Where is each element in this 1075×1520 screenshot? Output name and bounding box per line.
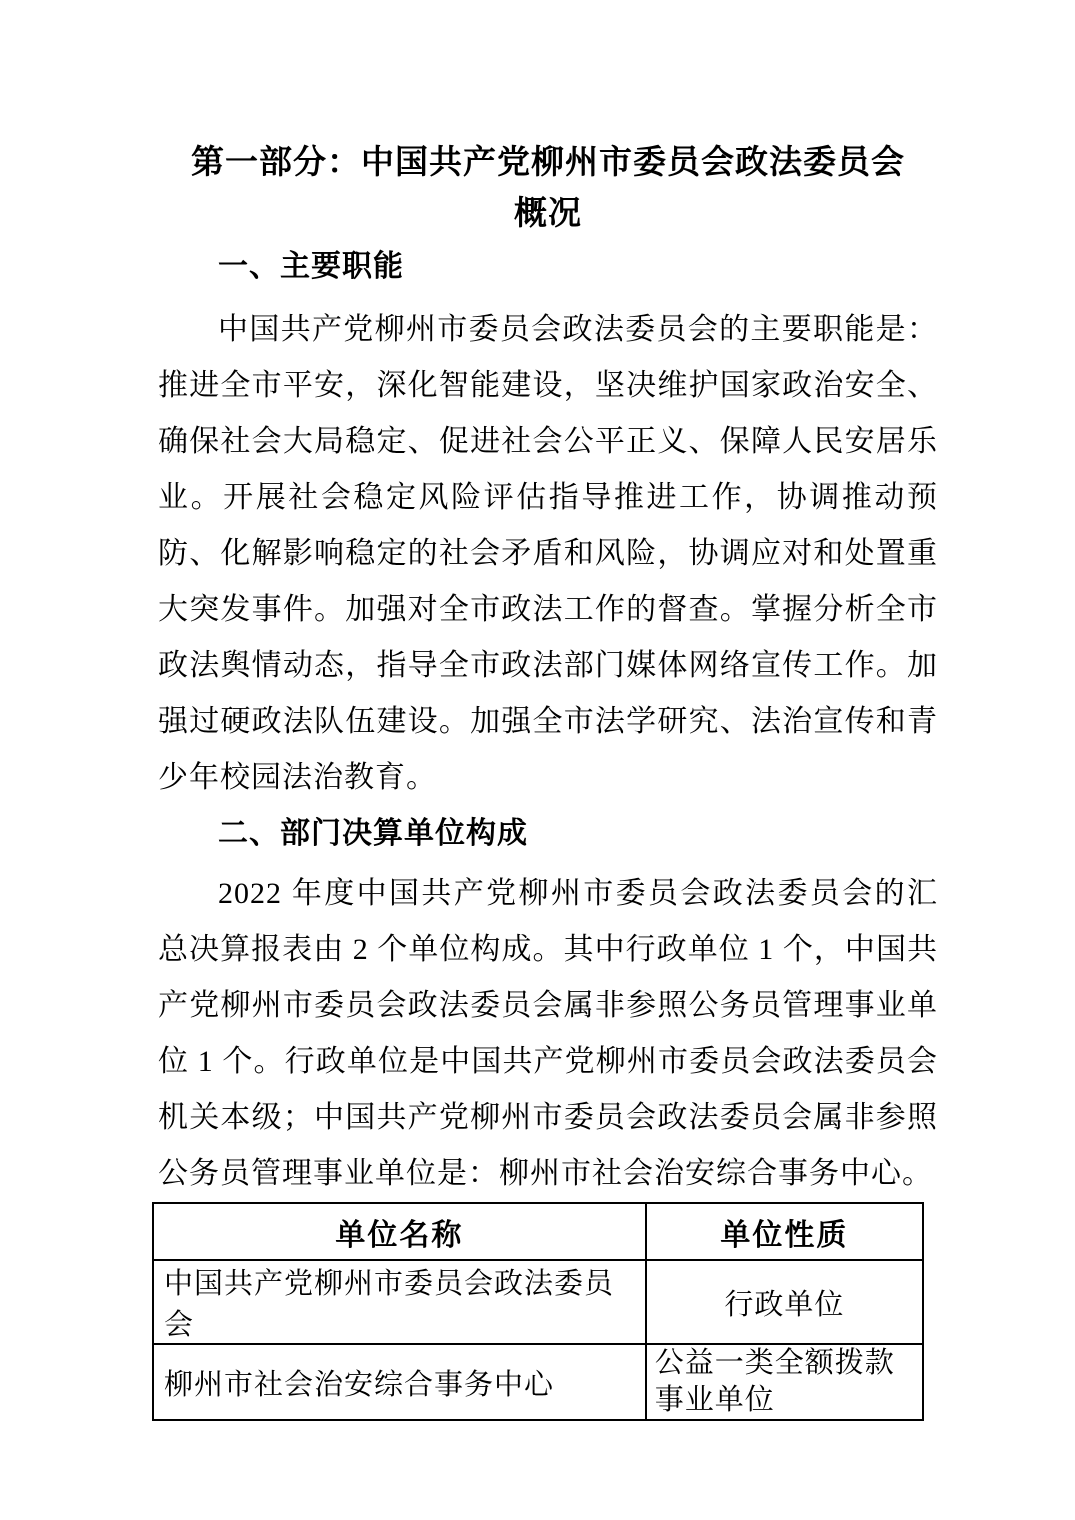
unit-type-cell: 行政单位 bbox=[646, 1260, 923, 1344]
unit-composition-table: 单位名称 单位性质 中国共产党柳州市委员会政法委员会 行政单位 柳州市社会治安综… bbox=[152, 1202, 924, 1421]
table-row: 中国共产党柳州市委员会政法委员会 行政单位 bbox=[153, 1260, 923, 1344]
unit-name-cell: 柳州市社会治安综合事务中心 bbox=[153, 1344, 646, 1420]
paragraph-main-functions: 中国共产党柳州市委员会政法委员会的主要职能是：推进全市平安，深化智能建设，坚决维… bbox=[158, 302, 938, 806]
table-row: 柳州市社会治安综合事务中心 公益一类全额拨款事业单位 bbox=[153, 1344, 923, 1420]
unit-name-cell: 中国共产党柳州市委员会政法委员会 bbox=[153, 1260, 646, 1344]
section-heading-unit-composition: 二、部门决算单位构成 bbox=[158, 806, 938, 862]
document-page: 第一部分：中国共产党柳州市委员会政法委员会 概况 一、主要职能 中国共产党柳州市… bbox=[0, 0, 1075, 1520]
section-heading-main-functions: 一、主要职能 bbox=[158, 239, 938, 295]
paragraph-unit-composition: 2022 年度中国共产党柳州市委员会政法委员会的汇总决算报表由 2 个单位构成。… bbox=[158, 866, 938, 1202]
document-title: 第一部分：中国共产党柳州市委员会政法委员会 概况 bbox=[158, 136, 938, 238]
document-content: 第一部分：中国共产党柳州市委员会政法委员会 概况 一、主要职能 中国共产党柳州市… bbox=[158, 0, 938, 1421]
document-title-line-1: 第一部分：中国共产党柳州市委员会政法委员会 bbox=[158, 136, 938, 187]
table-header-unit-type: 单位性质 bbox=[646, 1203, 923, 1260]
document-title-line-2: 概况 bbox=[158, 187, 938, 238]
unit-type-cell: 公益一类全额拨款事业单位 bbox=[646, 1344, 923, 1420]
table-header-unit-name: 单位名称 bbox=[153, 1203, 646, 1260]
table-header-row: 单位名称 单位性质 bbox=[153, 1203, 923, 1260]
